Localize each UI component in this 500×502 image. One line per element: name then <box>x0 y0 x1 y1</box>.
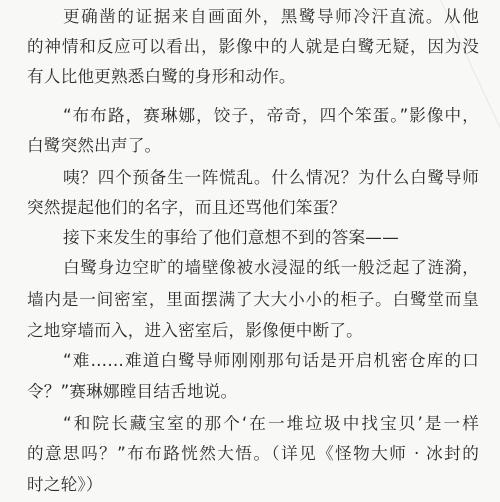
text-line: 咦？四个预备生一阵慌乱。什么情况？为什么白鹭导师 <box>63 166 479 190</box>
text-line: 的神情和反应可以看出，影像中的人就是白鹭无疑，因为没 <box>27 35 479 59</box>
text-line: 更确凿的证据来自画面外，黑鹭导师冷汗直流。从他 <box>63 5 479 29</box>
book-page: 更确凿的证据来自画面外，黑鹭导师冷汗直流。从他的神情和反应可以看出，影像中的人就… <box>0 0 500 502</box>
text-line: 墙内是一间密室，里面摆满了大大小小的柜子。白鹭堂而皇 <box>27 288 479 312</box>
text-line: 的意思吗？”布布路恍然大悟。（详见《怪物大师 · 冰封的 <box>27 442 479 466</box>
text-line: 白鹭突然出声了。 <box>27 134 479 158</box>
text-line: 有人比他更熟悉白鹭的身形和动作。 <box>27 65 479 89</box>
text-line: 突然提起他们的名字，而且还骂他们笨蛋？ <box>27 196 479 220</box>
text-line: “和院长藏宝室的那个‘在一堆垃圾中找宝贝’是一样 <box>63 412 479 436</box>
text-line: “布布路，赛琳娜，饺子，帝奇，四个笨蛋。”影像中， <box>63 104 479 128</box>
text-line: 之地穿墙而入，进入密室后，影像便中断了。 <box>27 319 479 343</box>
text-line: 时之轮》） <box>27 473 479 497</box>
text-line: 白鹭身边空旷的墙壁像被水浸湿的纸一般泛起了涟漪， <box>63 256 479 280</box>
text-line: “难……难道白鹭导师刚刚那句话是开启机密仓库的口 <box>63 349 479 373</box>
text-line: 接下来发生的事给了他们意想不到的答案—— <box>63 226 479 250</box>
text-line: 令？”赛琳娜瞠目结舌地说。 <box>27 380 479 404</box>
